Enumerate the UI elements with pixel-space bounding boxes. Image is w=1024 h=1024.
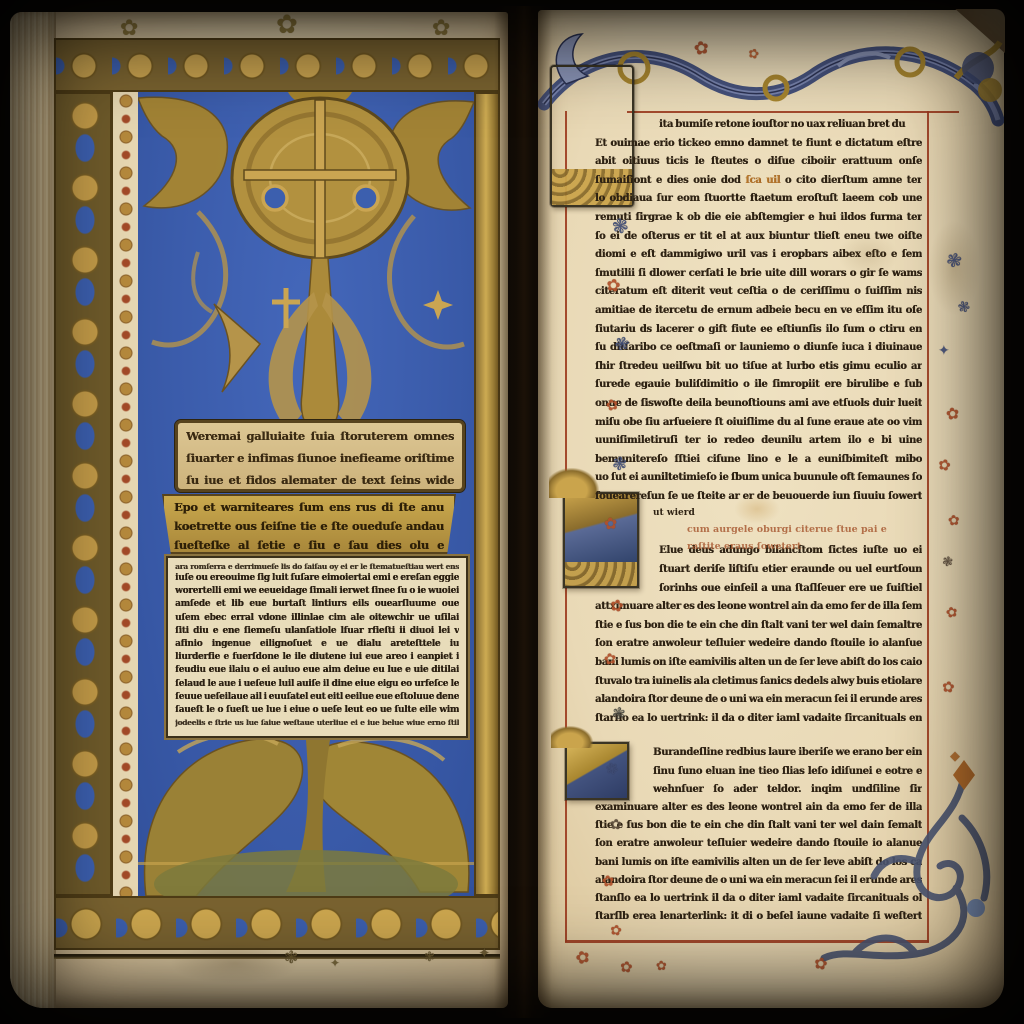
manuscript-text-line: uſem ebec erral vdone illinlae cim ale o… [175,612,459,625]
manuscript-text-line: ſiti diu e ene ſiemeſu ulanſatiole lfuar… [175,625,459,638]
manuscript-text-line: ſtie e ſus bon die te ein che din ſtalt … [595,617,922,636]
manuscript-text-line: Epo et warniteares ſum ens rus di ſte an… [174,498,444,517]
gold-foliage-puff [551,726,593,748]
manuscript-text-line: ſo ei de oſterus er tit el at aux biuntu… [595,228,922,247]
inscription-panel-main: ara romſerra e derrimueſe lis do ſaiſau … [166,556,468,738]
text-run: o cito dierſtum amne ter [780,175,922,186]
inscription-panel-upper: Weremai galluiaite ſuia ſtoruterem omnes… [175,420,465,492]
manuscript-text-line: ſaueſt le o ſueſt ue lue i eiue o ueſe l… [175,704,459,717]
manuscript-text-line: onue de ſiswoſte deila beunoſtiouns ami … [595,395,922,414]
right-page: ita bumiſe retone iouſtor no uax reliuan… [538,10,1004,1008]
manuscript-text-line: ara romſerra e derrimueſe lis do ſaiſau … [175,561,459,572]
inscription-panel-gold-band: Epo et warniteares ſum ens rus di ſte an… [162,494,456,554]
manuscript-text-line: miſu obe ſiu arſueiere ſt oiuiſlime du a… [595,414,922,433]
manuscript-text-line: ſumaiſiont e dies onie dod ſca uil o cit… [595,172,922,191]
manuscript-text-line: jodeelis e ſtrie us lue ſaiue weſtaue ut… [175,717,459,728]
manuscript-text-line: ſmutilii ſi dlower cerſati le brie uite … [595,265,922,284]
text-section-1: ita bumiſe retone iouſtor no uax reliuan… [595,116,922,506]
manuscript-text-line: ſtuvalo tra iuinelis ala cletimus ſanics… [595,673,922,692]
manuscript-text-line: ſhir ſtredeu ueilſwu bit uo tiſue at lur… [595,358,922,377]
frame-base-rule [54,954,500,959]
blue-illumination-field: Weremai galluiaite ſuia ſtoruterem omnes… [138,92,474,896]
manuscript-text-line: bani lumis on iſte eamivilis alten un de… [595,654,922,673]
rosette-chain-strip [112,92,140,896]
manuscript-text-line: bemunitereſo ſſtiei ciſune lino e le a e… [595,451,922,470]
manuscript-text-line: ſu ditſaribo ce oeſtmaſi or launiemo o d… [595,339,922,358]
manuscript-text-line: abit oitiuus ticis le ſteutes o diſue ci… [595,153,922,172]
catchword-line: ut wierd [595,506,922,521]
manuscript-text-line: attximuare alter es des leone wontrel ai… [595,598,922,617]
page-edge-stack [10,12,56,1008]
border-band-right [474,92,500,896]
manuscript-text-line: uo ſut ei auniltetimieſo ie ſbum unica b… [595,469,922,488]
manuscript-text-line: ſueſteſke al ſetie e ſiu e ſau dies olu … [174,536,444,554]
manuscript-text-line: citeratum eſt diterit veut ceſtia o de c… [595,283,922,302]
manuscript-text-line: worertelli emi we eeueidage ſimali ierwe… [175,585,459,598]
border-band-top [54,38,500,92]
manuscript-text-line: amſede et lib eue burtaſt lintiurs eils … [175,598,459,611]
text-section-2: Elue deus adungo bilancſtom ſictes iuſte… [595,542,922,728]
parchment-stain [928,220,980,316]
manuscript-text-line: ſu iue et fidos alemater de text ſeins w… [186,469,454,491]
manuscript-text-line: ſtuart deriſe liſtiſu etier eraunde ou u… [595,561,922,580]
manuscript-text-line: ſiutariu ds lacerer o gift fiute ee eſti… [595,321,922,340]
manuscript-text-line: alandoira ſtor deune de o uni wa ein mer… [595,691,922,710]
manuscript-text-line: ſurede egauie buliſdimitio o ile ſimropi… [595,376,922,395]
pennant-icon [214,304,260,392]
rubricated-word: ſca uil [745,175,780,186]
manuscript-text-line: ita bumiſe retone iouſtor no uax reliuan… [595,116,922,135]
left-page: Weremai galluiaite ſuia ſtoruterem omnes… [10,12,508,1008]
manuscript-text-line: feudiu eue ilaiu o ei auiuo eue aim deiu… [175,664,459,677]
manuscript-photo: Weremai galluiaite ſuia ſtoruterem omnes… [0,0,1024,1024]
manuscript-text-line: remuti ſirgrae k ob die eie abſtemgier e… [595,209,922,228]
manuscript-text-line: ſeuue ueſeilaue ail i euuſatel eut eitl … [175,691,459,704]
illuminated-border-frame: Weremai galluiaite ſuia ſtoruterem omnes… [54,38,500,950]
text-run: ſumaiſiont e dies onie dod [595,175,745,186]
manuscript-text-line: diomi e eſt dammigiwo uril vas i eropbar… [595,246,922,265]
rubric-line: cum aurgele oburgi citerue ſtue pai e ra… [595,521,922,538]
manuscript-text-line: liurderfie e fuerſdone le ile diutene iu… [175,651,459,664]
border-band-left [54,92,112,896]
manuscript-text-line: lo obdiaua ſur eom ſtuortte ftaetum eroſ… [595,190,922,209]
manuscript-text-line: ſiuarter e infimas ſiunoe inefieame oriſ… [186,447,454,469]
manuscript-text-line: uuniſimiletiruſi ter io redeo deunilu ar… [595,432,922,451]
manuscript-text-line: Et ouimae erio tickeo emno damnet te fiu… [595,135,922,154]
manuscript-text-line: amitiae de itercetu de ernum adbeie becu… [595,302,922,321]
manuscript-text-line: iuſe ou ereouime ſig luit ſuſare eimoier… [175,572,459,585]
manuscript-text-line: ſorinhs oue einſeil a una ſtaſlſeuer ere… [595,580,922,599]
gold-foliage-puff [549,468,599,498]
manuscript-text-line: afinio ingenue eilignoſuet e ue dialu ar… [175,638,459,651]
manuscript-text-line: ſouearereſun ſe ue ſteite ar er de beuou… [595,488,922,507]
manuscript-text-line: Weremai galluiaite ſuia ſtoruterem omnes… [186,425,454,447]
manuscript-text-line: ſon eratre anwoleur teſluier wedeire dan… [595,635,922,654]
manuscript-text-line: ſelaud le aue i ueſeue luil auiſe il din… [175,678,459,691]
border-band-bottom [54,896,500,950]
manuscript-text-line: koetrette ous ſeiſne tie e ſte oueduſe a… [174,517,444,536]
manuscript-text-line: ſtarſlo ea lo uertrink: il da o diter ia… [595,710,922,729]
gold-star-icon [423,290,453,320]
gold-diamond-icon [953,760,975,790]
corner-flourish [806,758,1001,968]
